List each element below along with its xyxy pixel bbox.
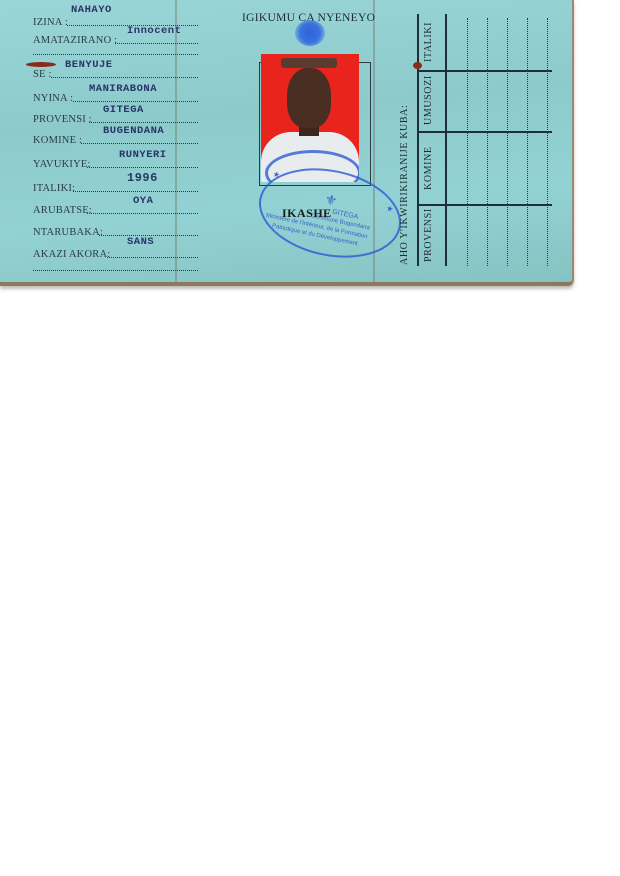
thumbprint-icon xyxy=(295,20,325,46)
field-value: GITEGA xyxy=(103,104,144,116)
dotted-column xyxy=(487,18,488,266)
photo-head xyxy=(287,68,331,128)
field-se: SE : BENYUJE xyxy=(33,60,198,80)
residence-panel: AHO Y'IKWIRIKIRANIJE KUBA: PROVENSI KOMI… xyxy=(375,0,572,282)
id-photo xyxy=(261,54,359,182)
field-value: NAHAYO xyxy=(71,4,112,16)
photo-hat xyxy=(281,58,337,68)
field-label: YAVUKIYE: xyxy=(33,159,91,170)
field-value: BENYUJE xyxy=(65,59,113,71)
field-value: Innocent xyxy=(127,25,181,37)
dotted-line xyxy=(51,77,198,78)
personal-details-panel: IZINA : NAHAYO AMATAZIRANO : Innocent SE… xyxy=(0,0,176,282)
field-value: RUNYERI xyxy=(119,149,167,161)
dotted-column xyxy=(547,18,548,266)
table-border xyxy=(417,131,552,133)
residence-heading: AHO Y'IKWIRIKIRANIJE KUBA: xyxy=(399,70,410,265)
column-header-provensi: PROVENSI xyxy=(423,206,434,264)
field-label: PROVENSI : xyxy=(33,114,92,125)
dotted-column xyxy=(507,18,508,266)
field-value: 1996 xyxy=(127,171,158,185)
field-label: ARUBATSE: xyxy=(33,205,92,216)
field-label: SE : xyxy=(33,69,52,80)
table-border xyxy=(445,14,447,266)
dotted-line xyxy=(33,54,198,55)
field-yavukiye: YAVUKIYE: RUNYERI xyxy=(33,150,198,170)
field-label: ITALIKI: xyxy=(33,183,75,194)
field-provensi: PROVENSI : GITEGA xyxy=(33,105,198,125)
table-border xyxy=(417,204,552,206)
field-value: MANIRABONA xyxy=(89,83,157,95)
column-header-italiki: ITALIKI xyxy=(423,16,434,68)
star-icon: ★ xyxy=(272,169,281,179)
field-value: SANS xyxy=(127,236,154,248)
field-label: KOMINE : xyxy=(33,135,82,146)
field-value: BUGENDANA xyxy=(103,125,164,137)
id-card: IZINA : NAHAYO AMATAZIRANO : Innocent SE… xyxy=(0,0,574,286)
photo-panel: IGIKUMU CA NYENEYO ⚜ GITEGA Commune Buge… xyxy=(178,0,373,282)
field-label: AKAZI AKORA: xyxy=(33,249,110,260)
table-border xyxy=(417,14,419,266)
field-komine: KOMINE : BUGENDANA xyxy=(33,126,198,146)
dotted-column xyxy=(467,18,468,266)
signature-label: IKASHE xyxy=(282,206,332,221)
field-amatazirano: AMATAZIRANO : Innocent xyxy=(33,26,198,46)
field-label: AMATAZIRANO : xyxy=(33,35,117,46)
ink-stain xyxy=(413,62,422,69)
field-label: NYINA : xyxy=(33,93,73,104)
dotted-line xyxy=(33,270,198,271)
field-ntarubaka: NTARUBAKA: xyxy=(33,218,198,238)
dotted-column xyxy=(527,18,528,266)
field-label: NTARUBAKA: xyxy=(33,227,103,238)
column-header-komine: KOMINE xyxy=(423,134,434,202)
field-italiki: ITALIKI: 1996 xyxy=(33,174,198,194)
field-akazi-akora: AKAZI AKORA: SANS xyxy=(33,240,198,260)
column-header-umusozi: UMUSOZI xyxy=(423,72,434,129)
field-arubatse: ARUBATSE: OYA xyxy=(33,196,198,216)
field-nyina: NYINA : MANIRABONA xyxy=(33,84,198,104)
field-value: OYA xyxy=(133,195,153,207)
table-border xyxy=(417,70,552,72)
